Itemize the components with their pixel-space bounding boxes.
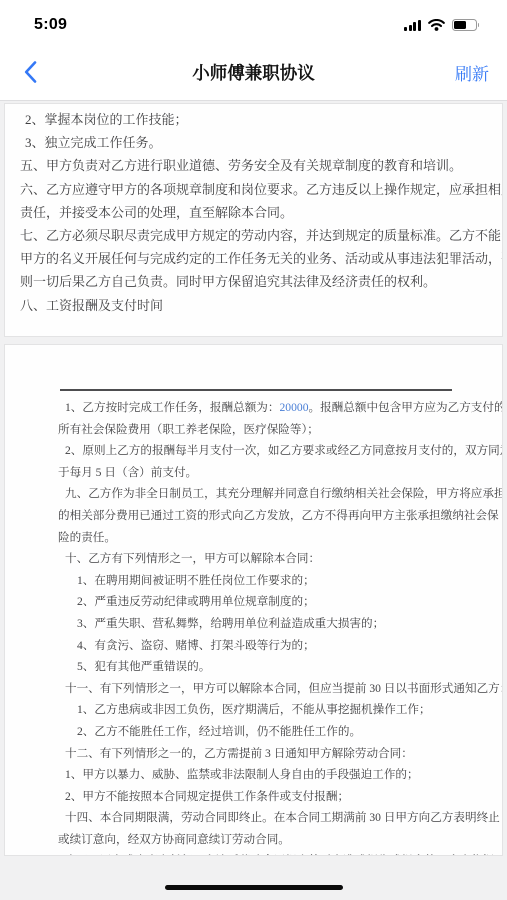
doc-line: 六、乙方应遵守甲方的各项规章制度和岗位要求。乙方违反以上操作规定，应承担相应	[20, 178, 488, 201]
doc-line: 于每月 5 日（含）前支付。	[58, 462, 488, 484]
doc-line: 十一、有下列情形之一，甲方可以解除本合同，但应当提前 30 日以书面形式通知乙方…	[58, 678, 488, 700]
section-divider-line	[60, 389, 452, 391]
page-2-text: 1、乙方按时完成工作任务，报酬总额为：20000。报酬总额中包含甲方应为乙方支付…	[58, 397, 488, 856]
doc-line: 五、甲方负责对乙方进行职业道德、劳务安全及有关规章制度的教育和培训。	[20, 154, 488, 177]
text-segment: 十、乙方有下列情形之一，甲方可以解除本合同：	[65, 552, 320, 565]
text-segment: 十五、甲方或	[65, 854, 135, 856]
doc-line: 2、严重违反劳动纪律或聘用单位规章制度的；	[58, 591, 488, 613]
status-icons	[404, 19, 479, 32]
text-segment: 5、犯有其他严重错误的。	[77, 660, 210, 673]
doc-line: 十、乙方有下列情形之一，甲方可以解除本合同：	[58, 548, 488, 570]
text-segment: 2、掌握本岗位的工作技能；	[25, 112, 188, 127]
text-segment: 八、工资报酬及支付时间	[20, 298, 163, 313]
doc-line: 七、乙方必须尽职尽责完成甲方规定的劳动内容，并达到规定的质量标准。乙方不能以	[20, 224, 488, 247]
doc-line: 的相关部分费用已通过工资的形式向乙方发放，乙方不得再向甲方主张承担缴纳社会保	[58, 505, 488, 527]
doc-line: 十五、甲方或当事人任何一方违反劳动合同规定给对方造成损失或损害的，应当依据	[58, 850, 488, 856]
doc-line: 4、有贪污、盗窃、赌博、打架斗殴等行为的；	[58, 635, 488, 657]
text-segment: 五、甲方负责对乙方进行职业道德、劳务安全及有关规章制度的教育和培训。	[20, 158, 462, 173]
contract-page-1: 2、掌握本岗位的工作技能；3、独立完成工作任务。五、甲方负责对乙方进行职业道德、…	[4, 103, 503, 337]
page-title: 小师傅兼职协议	[192, 60, 315, 85]
text-segment: 的相关部分费用已通过工资的形式向乙方发放，乙方不得再向甲方主张承担缴纳社会保	[58, 509, 499, 522]
phone-screen: 5:09 小师傅兼职协议 刷新 2、掌握本岗	[0, 0, 507, 900]
text-segment: 3、严重失职、营私舞弊，给聘用单位利益造成重大损害的；	[77, 617, 384, 630]
status-bar: 5:09	[0, 0, 507, 44]
text-segment: 十四、本合同期限满，劳动合同即终止。在本合同工期满前 30 日甲方向乙方表明终止	[65, 811, 500, 824]
text-segment: 4、有贪污、盗窃、赌博、打架斗殴等行为的；	[77, 639, 315, 652]
text-segment: 1、甲方以暴力、威胁、监禁或非法限制人身自由的手段强迫工作的；	[65, 768, 419, 781]
contract-page-2: 1、乙方按时完成工作任务，报酬总额为：20000。报酬总额中包含甲方应为乙方支付…	[4, 344, 503, 856]
doc-line: 所有社会保险费用（职工养老保险，医疗保险等）；	[58, 419, 488, 441]
underlined-text: 当事人任何一方违反劳动合同规定给对方造成损失或损害	[135, 854, 425, 856]
doc-line: 甲方的名义开展任何与完成约定的工作任务无关的业务、活动或从事违法犯罪活动，否	[20, 247, 488, 270]
doc-line: 责任，并接受本公司的处理，直至解除本合同。	[20, 201, 488, 224]
doc-line: 1、在聘用期间被证明不胜任岗位工作要求的；	[58, 570, 488, 592]
doc-line: 八、工资报酬及支付时间	[20, 294, 488, 317]
doc-line: 则一切后果乙方自己负责。同时甲方保留追究其法律及经济责任的权利。	[20, 270, 488, 293]
text-segment: 十二、有下列情形之一的，乙方需提前 3 日通知甲方解除劳动合同：	[65, 747, 413, 760]
doc-line: 1、甲方以暴力、威胁、监禁或非法限制人身自由的手段强迫工作的；	[58, 764, 488, 786]
text-segment: 十一、有下列情形之一，甲方可以解除本合同，但应当提前 30 日以书面形式通知乙方…	[65, 682, 503, 695]
wifi-icon	[428, 19, 445, 31]
text-segment: 1、乙方患病或非因工负伤，医疗期满后，不能从事挖掘机操作工作；	[77, 703, 431, 716]
text-segment: 六、乙方应遵守甲方的各项规章制度和岗位要求。乙方违反以上操作规定，应承担相应	[20, 182, 503, 197]
text-segment: 3、独立完成工作任务。	[25, 135, 162, 150]
refresh-button[interactable]: 刷新	[455, 44, 489, 100]
document-scroll-area[interactable]: 2、掌握本岗位的工作技能；3、独立完成工作任务。五、甲方负责对乙方进行职业道德、…	[0, 102, 507, 900]
page-1-text: 2、掌握本岗位的工作技能；3、独立完成工作任务。五、甲方负责对乙方进行职业道德、…	[20, 108, 488, 317]
text-segment: 七、乙方必须尽职尽责完成甲方规定的劳动内容，并达到规定的质量标准。乙方不能以	[20, 228, 503, 243]
doc-line: 2、原则上乙方的报酬每半月支付一次，如乙方要求或经乙方同意按月支付的，双方同意	[58, 440, 488, 462]
battery-icon	[452, 19, 480, 32]
doc-line: 5、犯有其他严重错误的。	[58, 656, 488, 678]
text-segment: 1、乙方按时完成工作任务，报酬总额为：	[65, 401, 280, 414]
doc-line: 险的责任。	[58, 527, 488, 549]
doc-line: 1、乙方按时完成工作任务，报酬总额为：20000。报酬总额中包含甲方应为乙方支付…	[58, 397, 488, 419]
text-segment: 九、乙方作为非全日制员工，其充分理解并同意自行缴纳相关社会保险，甲方将应承担	[65, 487, 503, 500]
text-segment: 于每月 5 日（含）前支付。	[58, 466, 197, 479]
clock: 5:09	[34, 16, 67, 34]
cellular-signal-icon	[404, 20, 421, 31]
doc-line: 十四、本合同期限满，劳动合同即终止。在本合同工期满前 30 日甲方向乙方表明终止	[58, 807, 488, 829]
text-segment: 。报酬总额中包含甲方应为乙方支付的	[308, 401, 503, 414]
text-segment: 或续订意向，经双方协商同意续订劳动合同。	[58, 833, 290, 846]
text-segment: 1、在聘用期间被证明不胜任岗位工作要求的；	[77, 574, 315, 587]
text-segment: 所有社会保险费用（职工养老保险，医疗保险等）；	[58, 423, 319, 436]
doc-line: 十二、有下列情形之一的，乙方需提前 3 日通知甲方解除劳动合同：	[58, 743, 488, 765]
text-segment: 责任，并接受本公司的处理，直至解除本合同。	[20, 205, 293, 220]
nav-bar: 小师傅兼职协议 刷新	[0, 44, 507, 101]
home-indicator[interactable]	[165, 885, 343, 891]
doc-line: 或续订意向，经双方协商同意续订劳动合同。	[58, 829, 488, 851]
doc-line: 2、掌握本岗位的工作技能；	[20, 108, 488, 131]
text-segment: 2、甲方不能按照本合同规定提供工作条件或支付报酬；	[65, 790, 349, 803]
text-segment: 2、原则上乙方的报酬每半月支付一次，如乙方要求或经乙方同意按月支付的，双方同意	[65, 444, 503, 457]
doc-line: 2、甲方不能按照本合同规定提供工作条件或支付报酬；	[58, 786, 488, 808]
contract-amount-link[interactable]: 20000	[280, 401, 309, 414]
doc-line: 3、独立完成工作任务。	[20, 131, 488, 154]
text-segment: 的，应当依据	[424, 854, 494, 856]
doc-line: 2、乙方不能胜任工作，经过培训，仍不能胜任工作的。	[58, 721, 488, 743]
doc-line: 1、乙方患病或非因工负伤，医疗期满后，不能从事挖掘机操作工作；	[58, 699, 488, 721]
text-segment: 2、乙方不能胜任工作，经过培训，仍不能胜任工作的。	[77, 725, 361, 738]
back-button[interactable]	[16, 44, 45, 100]
text-segment: 则一切后果乙方自己负责。同时甲方保留追究其法律及经济责任的权利。	[20, 274, 436, 289]
chevron-left-icon	[24, 61, 37, 83]
doc-line: 九、乙方作为非全日制员工，其充分理解并同意自行缴纳相关社会保险，甲方将应承担	[58, 483, 488, 505]
text-segment: 险的责任。	[58, 531, 116, 544]
text-segment: 2、严重违反劳动纪律或聘用单位规章制度的；	[77, 595, 315, 608]
text-segment: 甲方的名义开展任何与完成约定的工作任务无关的业务、活动或从事违法犯罪活动，否	[20, 251, 503, 266]
doc-line: 3、严重失职、营私舞弊，给聘用单位利益造成重大损害的；	[58, 613, 488, 635]
